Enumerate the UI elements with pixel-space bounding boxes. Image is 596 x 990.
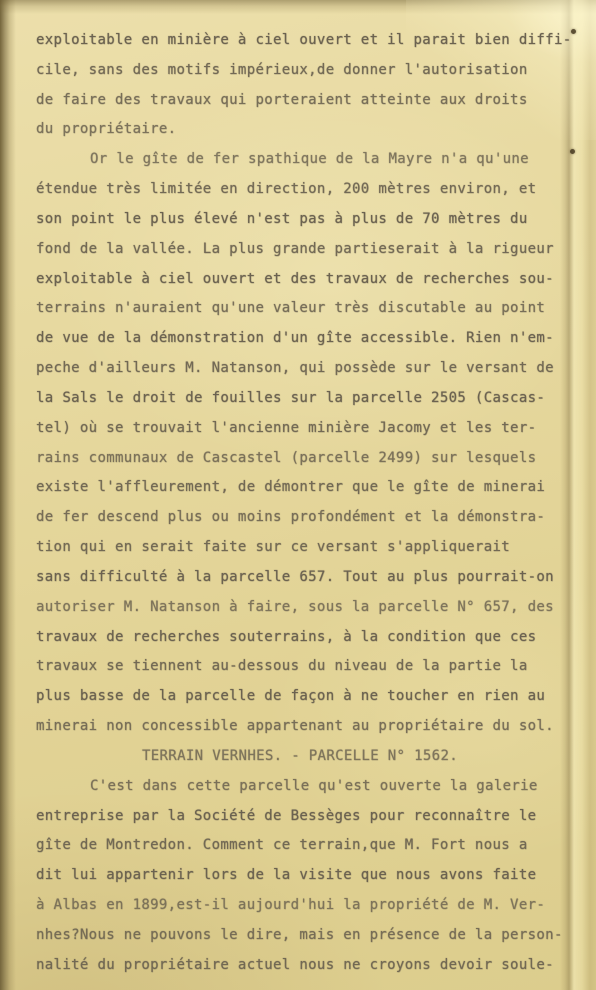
text-line: fond de la vallée. La plus grande partie… [36, 235, 564, 265]
text-line: nalité du propriétaire actuel nous ne cr… [36, 951, 564, 981]
text-line: existe l'affleurement, de démontrer que … [36, 473, 564, 503]
text-line: exploitable en minière à ciel ouvert et … [36, 26, 564, 56]
text-line: autoriser M. Natanson à faire, sous la p… [36, 593, 564, 623]
text-line: la Sals le droit de fouilles sur la parc… [36, 384, 564, 414]
text-line: exploitable à ciel ouvert et des travaux… [36, 265, 564, 295]
typewritten-text: exploitable en minière à ciel ouvert et … [36, 0, 564, 981]
text-line: sans difficulté à la parcelle 657. Tout … [36, 563, 564, 593]
text-line: travaux de recherches souterrains, à la … [36, 623, 564, 653]
text-line: tion qui en serait faite sur ce versant … [36, 533, 564, 563]
text-line: de faire des travaux qui porteraient att… [36, 86, 564, 116]
text-line: gîte de Montredon. Comment ce terrain,qu… [36, 831, 564, 861]
text-line: étendue très limitée en direction, 200 m… [36, 175, 564, 205]
text-line: C'est dans cette parcelle qu'est ouverte… [36, 772, 564, 802]
text-line: nhes?Nous ne pouvons le dire, mais en pr… [36, 921, 564, 951]
vertical-crease [560, 0, 596, 990]
text-line: terrains n'auraient qu'une valeur très d… [36, 294, 564, 324]
scanned-document-photo: exploitable en minière à ciel ouvert et … [0, 0, 596, 990]
text-line: cile, sans des motifs impérieux,de donne… [36, 56, 564, 86]
paper-sheet: exploitable en minière à ciel ouvert et … [0, 0, 596, 990]
ink-speck [570, 149, 575, 154]
text-line: peche d'ailleurs M. Natanson, qui possèd… [36, 354, 564, 384]
text-line: dit lui appartenir lors de la visite que… [36, 861, 564, 891]
section-heading: TERRAIN VERNHES. - PARCELLE N° 1562. [36, 742, 564, 772]
text-line: tel) où se trouvait l'ancienne minière J… [36, 414, 564, 444]
text-line: à Albas en 1899,est-il aujourd'hui la pr… [36, 891, 564, 921]
text-line: Or le gîte de fer spathique de la Mayre … [36, 145, 564, 175]
text-line: de fer descend plus ou moins profondémen… [36, 503, 564, 533]
text-line: de vue de la démonstration d'un gîte acc… [36, 324, 564, 354]
text-line: minerai non concessible appartenant au p… [36, 712, 564, 742]
text-line: rains communaux de Cascastel (parcelle 2… [36, 444, 564, 474]
text-line: travaux se tiennent au-dessous du niveau… [36, 652, 564, 682]
text-line: entreprise par la Société de Bessèges po… [36, 802, 564, 832]
paper-left-edge-shadow [0, 0, 16, 990]
text-line: du propriétaire. [36, 115, 564, 145]
text-line: plus basse de la parcelle de façon à ne … [36, 682, 564, 712]
text-line: son point le plus élevé n'est pas à plus… [36, 205, 564, 235]
